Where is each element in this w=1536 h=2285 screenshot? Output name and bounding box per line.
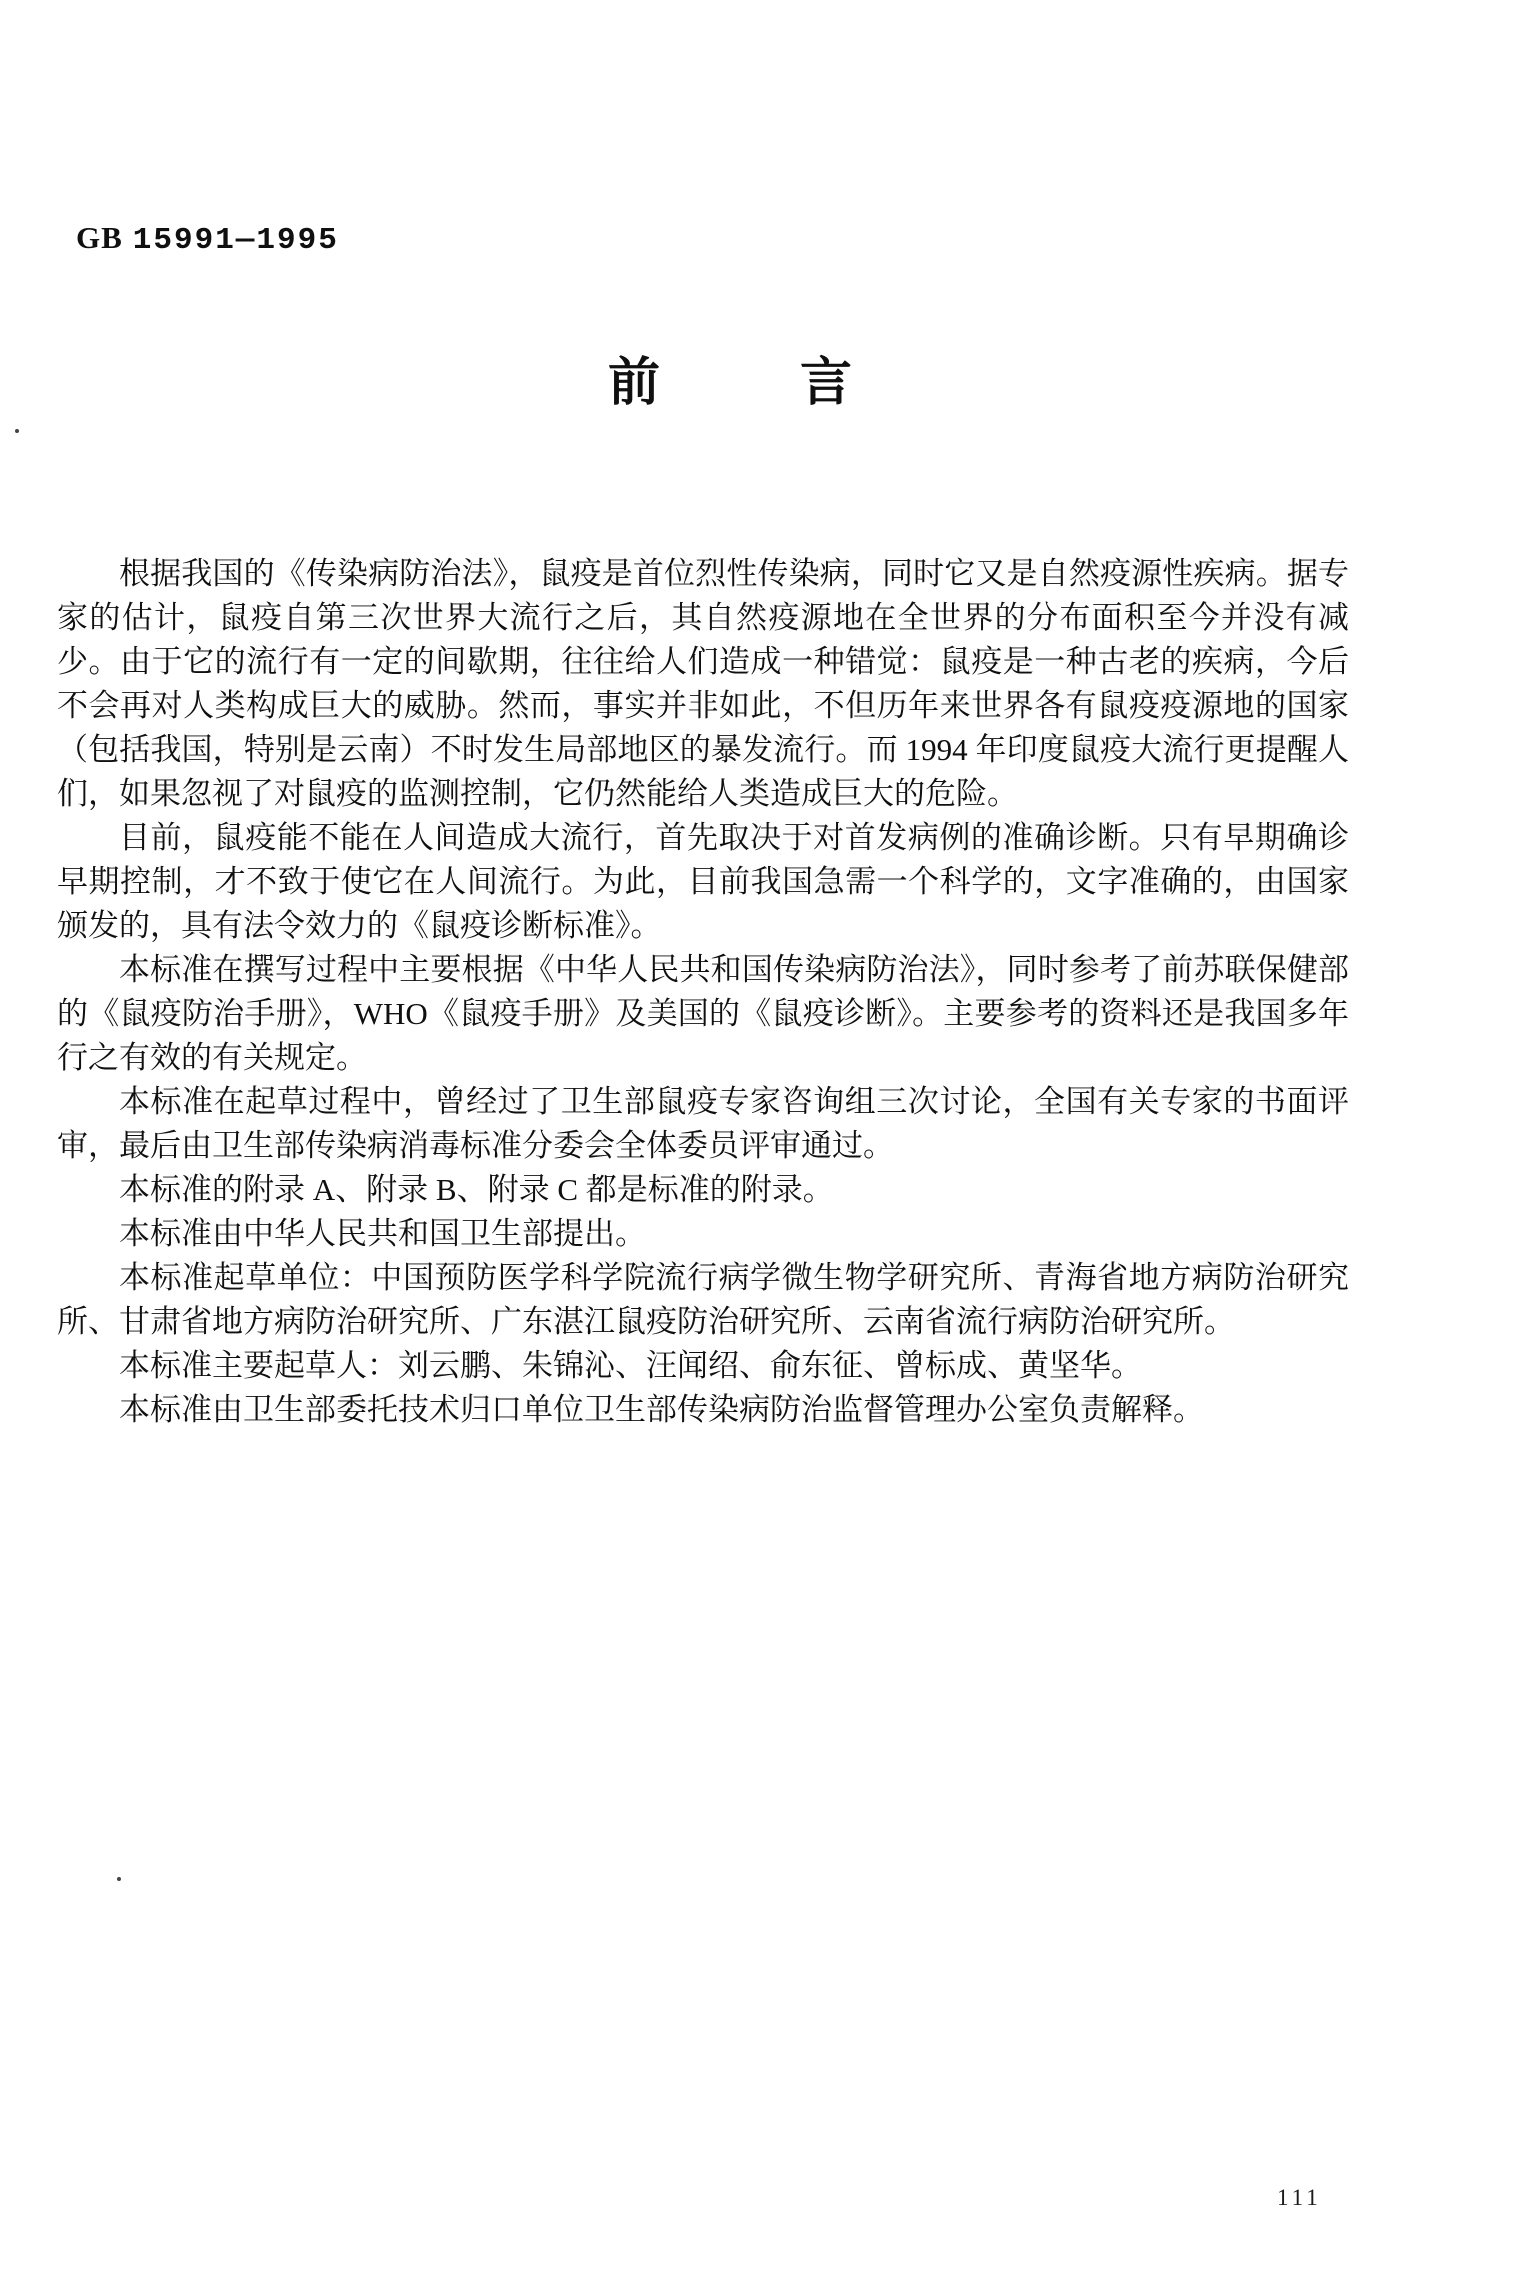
foreword-paragraph-2: 目前，鼠疫能不能在人间造成大流行，首先取决于对首发病例的准确诊断。只有早期确诊早… — [57, 816, 1349, 948]
page-number: 111 — [1277, 2185, 1322, 2211]
scan-artifact-dot — [15, 429, 19, 433]
page-title-char-2: 言 — [800, 358, 852, 410]
standard-code-prefix: GB — [76, 220, 123, 255]
standard-code-number: 15991—1995 — [133, 223, 339, 258]
standard-code: GB15991—1995 — [76, 220, 339, 258]
foreword-paragraph-3: 本标准在撰写过程中主要根据《中华人民共和国传染病防治法》，同时参考了前苏联保健部… — [57, 948, 1349, 1080]
foreword-paragraph-4: 本标准在起草过程中，曾经过了卫生部鼠疫专家咨询组三次讨论，全国有关专家的书面评审… — [57, 1080, 1349, 1168]
foreword-body: 根据我国的《传染病防治法》，鼠疫是首位烈性传染病，同时它又是自然疫源性疾病。据专… — [57, 552, 1349, 1432]
foreword-paragraph-6: 本标准由中华人民共和国卫生部提出。 — [57, 1212, 1349, 1256]
document-page: GB15991—1995 前 言 根据我国的《传染病防治法》，鼠疫是首位烈性传染… — [0, 0, 1536, 2285]
foreword-paragraph-1: 根据我国的《传染病防治法》，鼠疫是首位烈性传染病，同时它又是自然疫源性疾病。据专… — [57, 552, 1349, 816]
foreword-paragraph-8: 本标准主要起草人：刘云鹏、朱锦沁、汪闻绍、俞东征、曾标成、黄坚华。 — [57, 1344, 1349, 1388]
page-title: 前 言 — [0, 358, 1498, 410]
foreword-paragraph-9: 本标准由卫生部委托技术归口单位卫生部传染病防治监督管理办公室负责解释。 — [57, 1388, 1349, 1432]
foreword-paragraph-7: 本标准起草单位：中国预防医学科学院流行病学微生物学研究所、青海省地方病防治研究所… — [57, 1256, 1349, 1344]
scan-artifact-dot — [117, 1877, 121, 1881]
foreword-paragraph-5: 本标准的附录 A、附录 B、附录 C 都是标准的附录。 — [57, 1168, 1349, 1212]
page-title-char-1: 前 — [608, 358, 660, 410]
